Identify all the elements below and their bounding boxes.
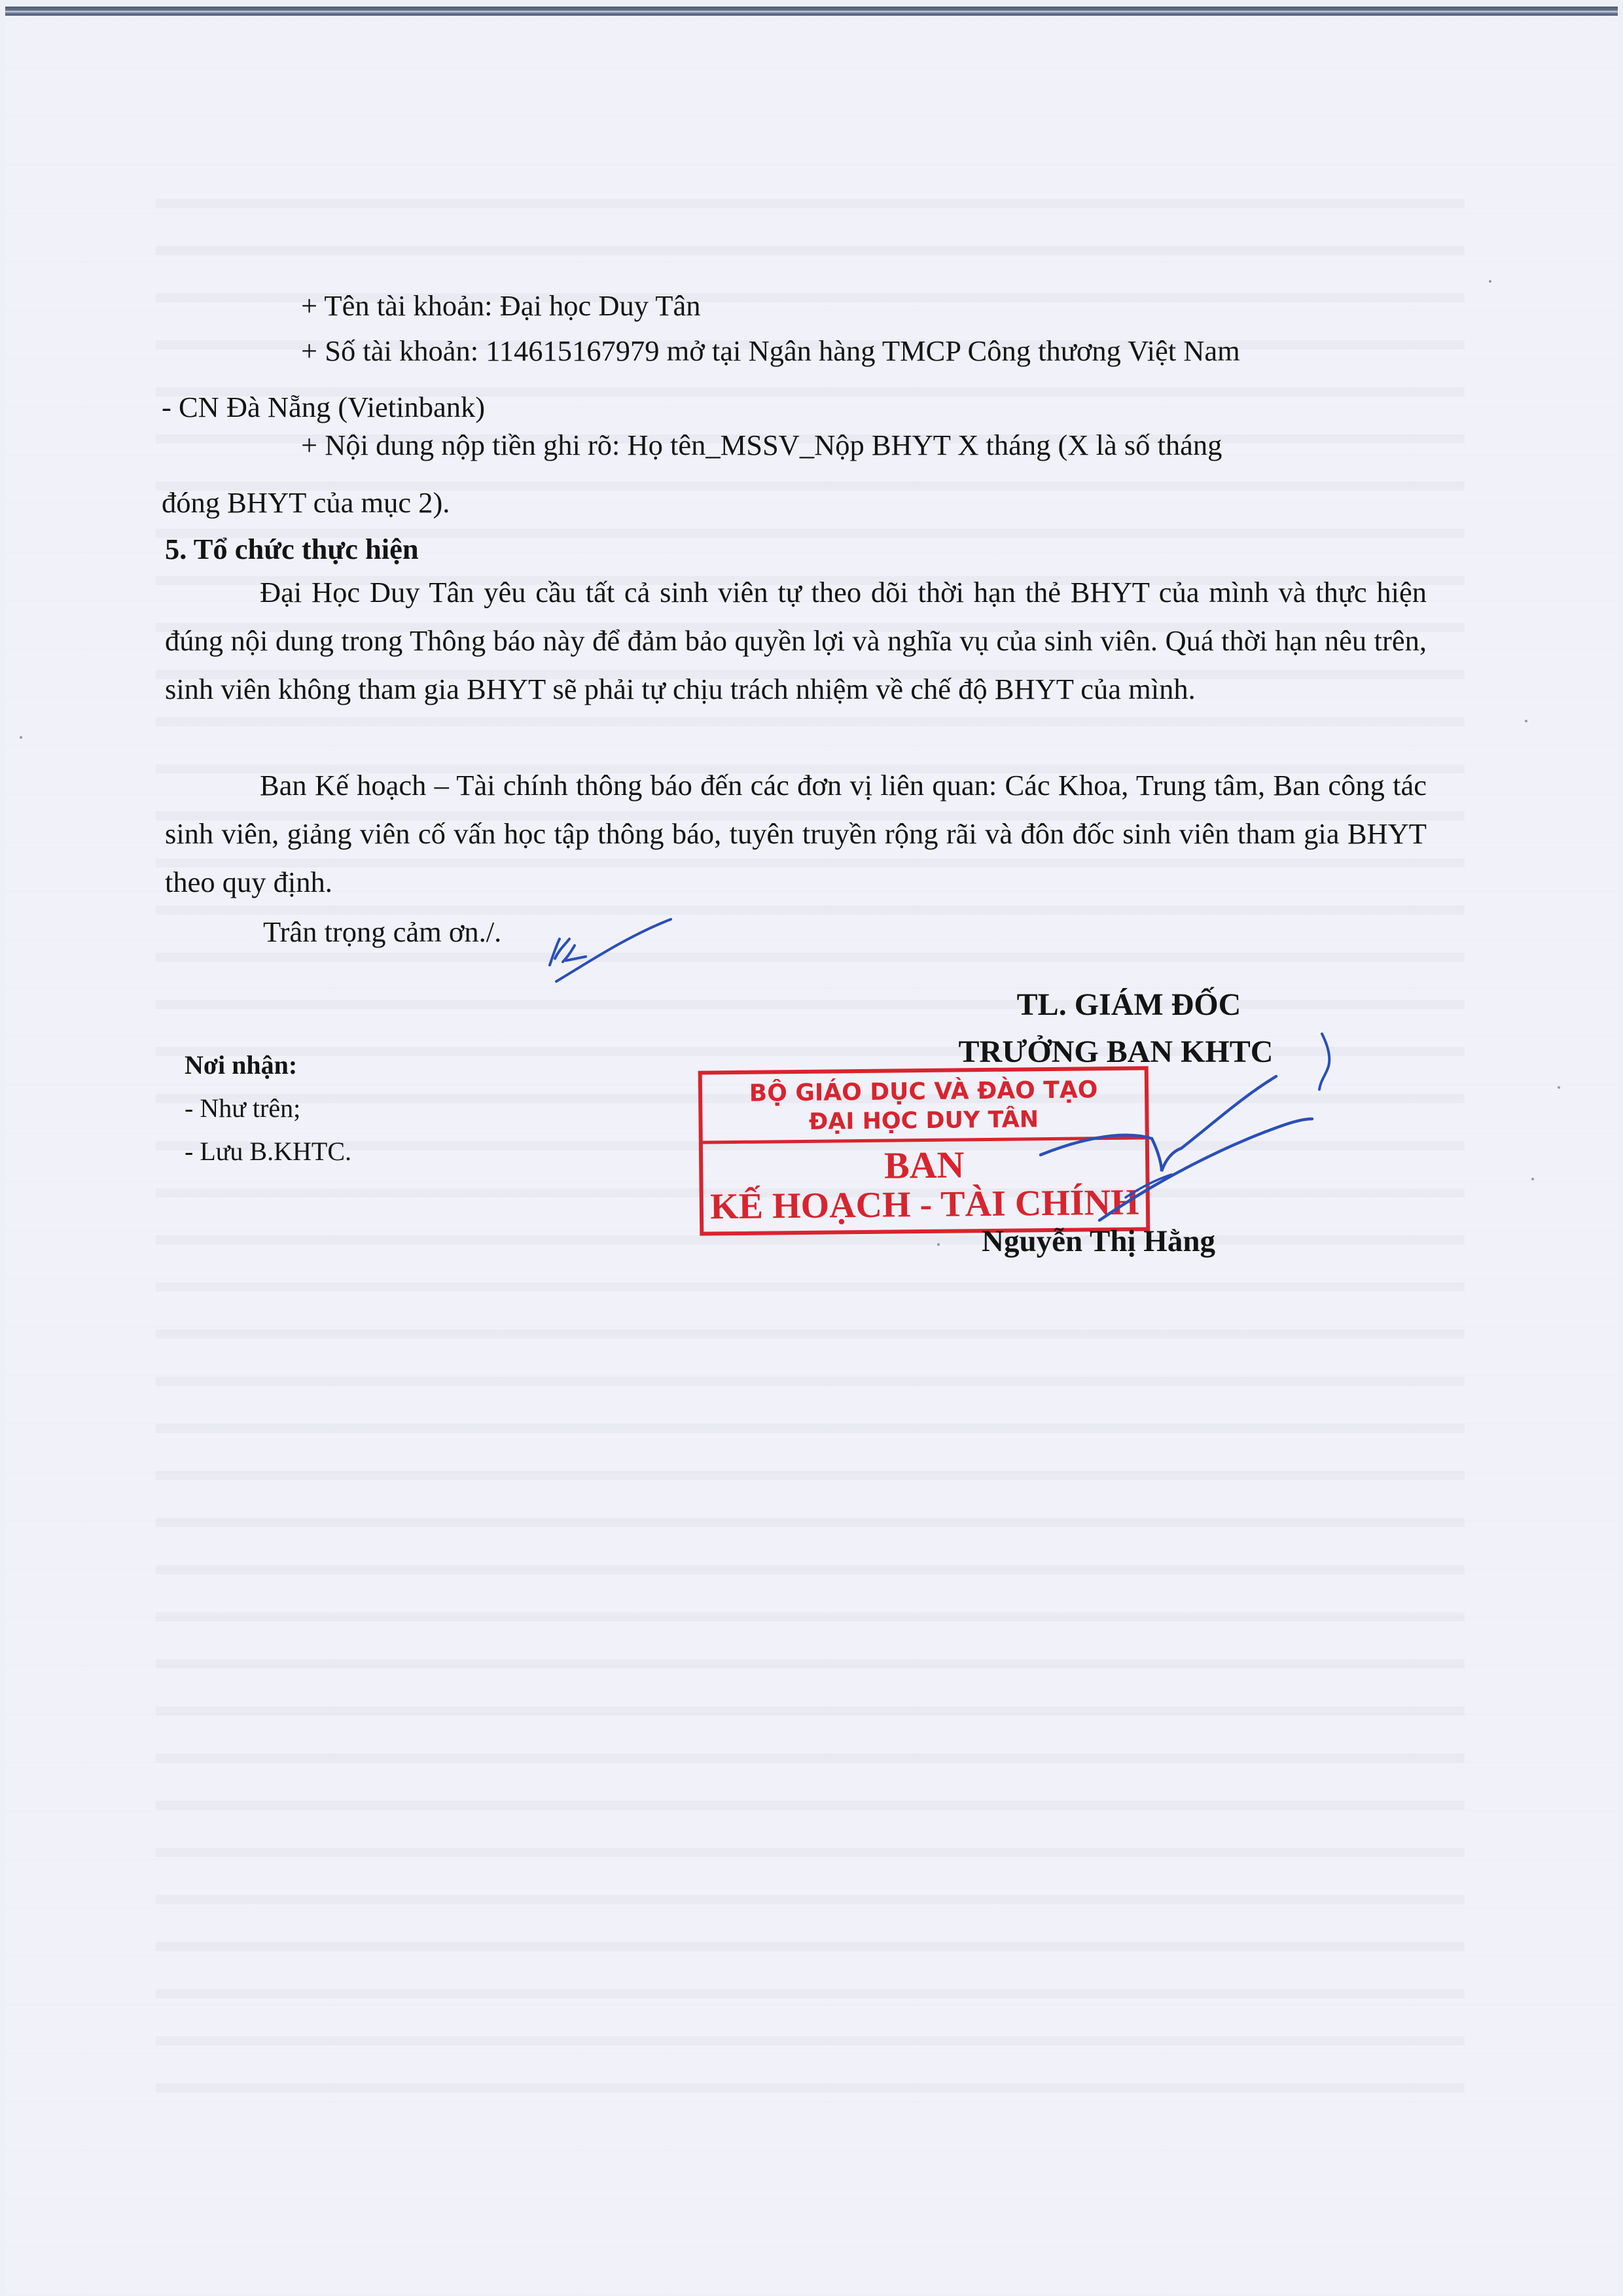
official-stamp: BỘ GIÁO DỤC VÀ ĐÀO TẠO ĐẠI HỌC DUY TÂN B… [698, 1066, 1150, 1235]
recipient-item: - Lưu B.KHTC. [185, 1130, 351, 1173]
account-number: + Số tài khoản: 114615167979 mở tại Ngân… [301, 336, 1240, 366]
scan-speck [1531, 1178, 1534, 1180]
stamp-ban: BAN [703, 1143, 1146, 1187]
stamp-body: BAN KẾ HOẠCH - TÀI CHÍNH [703, 1139, 1146, 1226]
scan-speck [1558, 1086, 1560, 1089]
paragraph-department-notice: Ban Kế hoạch – Tài chính thông báo đến c… [165, 761, 1427, 906]
scan-speck [20, 736, 22, 739]
recipients-title: Nơi nhận: [185, 1044, 351, 1087]
stamp-ministry: BỘ GIÁO DỤC VÀ ĐÀO TẠO [702, 1075, 1145, 1108]
stamp-department: KẾ HOẠCH - TÀI CHÍNH [704, 1182, 1147, 1226]
stamp-university: ĐẠI HỌC DUY TÂN [702, 1104, 1145, 1137]
recipients-block: Nơi nhận: - Như trên; - Lưu B.KHTC. [185, 1044, 351, 1173]
stamp-header: BỘ GIÁO DỤC VÀ ĐÀO TẠO ĐẠI HỌC DUY TÂN [702, 1070, 1145, 1144]
transfer-note-continued: đóng BHYT của mục 2). [162, 488, 450, 518]
scan-speck [1489, 280, 1491, 283]
closing-line: Trân trọng cảm ơn./. [263, 917, 501, 947]
paragraph-student-responsibility: Đại Học Duy Tân yêu cầu tất cả sinh viên… [165, 568, 1427, 713]
signature-title-2-text: TRƯỞNG BAN KHTC [959, 1034, 1274, 1069]
account-name: + Tên tài khoản: Đại học Duy Tân [301, 291, 700, 321]
scan-speck [1525, 720, 1527, 722]
scan-speck [937, 1243, 940, 1246]
signer-name: Nguyễn Thị Hằng [982, 1224, 1215, 1259]
bank-branch: - CN Đà Nẵng (Vietinbank) [162, 393, 485, 422]
recipient-item: - Như trên; [185, 1087, 351, 1130]
transfer-note: + Nội dung nộp tiền ghi rõ: Họ tên_MSSV_… [301, 431, 1222, 460]
signature-title-2: TRƯỞNG BAN KHTC [857, 1034, 1374, 1070]
signature-title-1: TL. GIÁM ĐỐC [880, 987, 1378, 1023]
section-heading: 5. Tổ chức thực hiện [165, 532, 419, 566]
scanner-edge [5, 7, 1618, 16]
